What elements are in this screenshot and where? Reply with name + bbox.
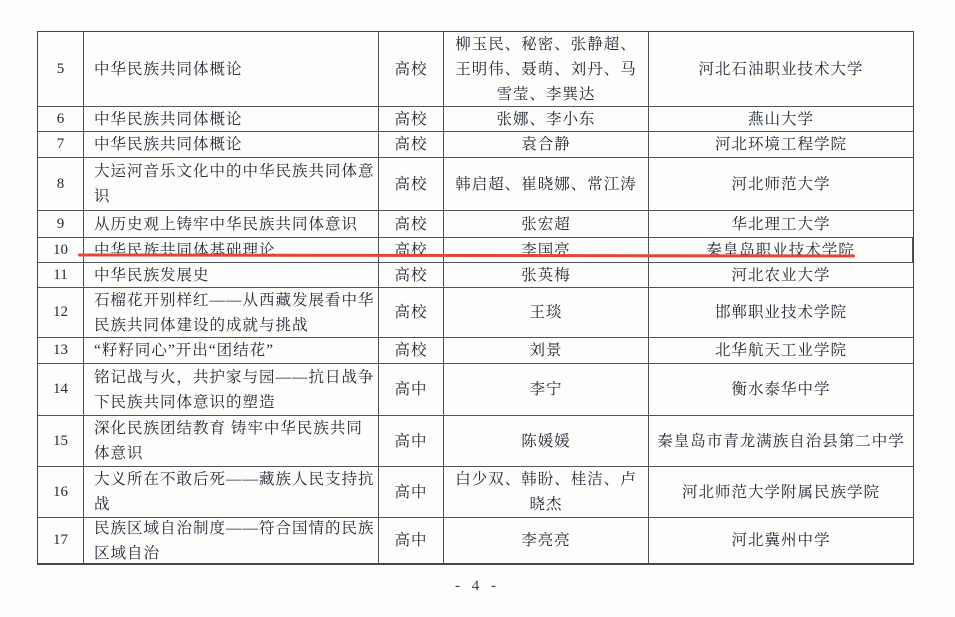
title-cell: 铭记战与火，共护家与园——抗日战争下民族共同体意识的塑造 bbox=[84, 364, 379, 415]
row-number-cell: 16 bbox=[38, 467, 84, 517]
table-row: 10 中华民族共同体基础理论 高校 李国亮 秦皇岛职业技术学院 bbox=[38, 238, 913, 263]
authors-text: 韩启超、崔晓娜、常江涛 bbox=[455, 172, 637, 197]
authors-cell: 刘景 bbox=[444, 338, 649, 363]
institution-cell: 燕山大学 bbox=[649, 107, 913, 131]
institution-cell: 河北石油职业技术大学 bbox=[649, 32, 913, 106]
table-row: 17 民族区域自治制度——符合国情的民族区域自治 高中 李亮亮 河北冀州中学 bbox=[38, 518, 913, 563]
institution-text: 河北师范大学附属民族学院 bbox=[682, 480, 880, 505]
institution-text: 河北环境工程学院 bbox=[715, 132, 847, 157]
title-text: 中华民族共同体概论 bbox=[94, 57, 243, 82]
row-number-cell: 14 bbox=[38, 364, 84, 415]
title-text: 中华民族共同体基础理论 bbox=[94, 238, 276, 262]
institution-cell: 河北环境工程学院 bbox=[649, 132, 913, 157]
institution-cell: 河北冀州中学 bbox=[649, 518, 913, 563]
authors-cell: 李亮亮 bbox=[444, 518, 649, 563]
title-text: 深化民族团结教育 铸牢中华民族共同体意识 bbox=[94, 416, 376, 466]
row-number-cell: 11 bbox=[38, 263, 84, 287]
institution-cell: 秦皇岛职业技术学院 bbox=[649, 238, 913, 262]
authors-text: 李宁 bbox=[529, 377, 562, 402]
row-number-cell: 5 bbox=[38, 32, 84, 106]
title-cell: 中华民族共同体基础理论 bbox=[84, 238, 379, 262]
title-cell: 石榴花开别样红——从西藏发展看中华民族共同体建设的成就与挑战 bbox=[84, 288, 379, 337]
authors-cell: 李宁 bbox=[444, 364, 649, 415]
category-cell: 高校 bbox=[379, 132, 444, 157]
row-number-cell: 9 bbox=[38, 211, 84, 237]
category-cell: 高校 bbox=[379, 288, 444, 337]
institution-text: 秦皇岛职业技术学院 bbox=[706, 238, 855, 262]
title-text: 大运河音乐文化中的中华民族共同体意识 bbox=[94, 159, 376, 209]
category-cell: 高校 bbox=[379, 338, 444, 363]
category-cell: 高中 bbox=[379, 364, 444, 415]
institution-text: 河北冀州中学 bbox=[731, 528, 830, 553]
row-number-cell: 10 bbox=[38, 238, 84, 262]
authors-text: 王琰 bbox=[529, 300, 562, 325]
institution-cell: 北华航天工业学院 bbox=[649, 338, 913, 363]
title-text: 石榴花开别样红——从西藏发展看中华民族共同体建设的成就与挑战 bbox=[94, 288, 376, 337]
authors-cell: 张英梅 bbox=[444, 263, 649, 287]
document-page: 5 中华民族共同体概论 高校 柳玉民、秘密、张静超、王明伟、聂萌、刘丹、马雪莹、… bbox=[0, 0, 955, 617]
institution-text: 秦皇岛市青龙满族自治县第二中学 bbox=[657, 429, 905, 454]
institution-text: 河北农业大学 bbox=[731, 263, 830, 287]
title-text: 中华民族共同体概论 bbox=[94, 107, 243, 131]
title-cell: 中华民族共同体概论 bbox=[84, 107, 379, 131]
institution-cell: 秦皇岛市青龙满族自治县第二中学 bbox=[649, 416, 913, 466]
table-row: 7 中华民族共同体概论 高校 袁合静 河北环境工程学院 bbox=[38, 132, 913, 158]
table-row: 6 中华民族共同体概论 高校 张娜、李小东 燕山大学 bbox=[38, 107, 913, 132]
title-text: 中华民族共同体概论 bbox=[94, 132, 243, 157]
authors-cell: 王琰 bbox=[444, 288, 649, 337]
title-cell: 大运河音乐文化中的中华民族共同体意识 bbox=[84, 158, 379, 210]
table-row: 8 大运河音乐文化中的中华民族共同体意识 高校 韩启超、崔晓娜、常江涛 河北师范… bbox=[38, 158, 913, 211]
category-cell: 高校 bbox=[379, 263, 444, 287]
table-row: 5 中华民族共同体概论 高校 柳玉民、秘密、张静超、王明伟、聂萌、刘丹、马雪莹、… bbox=[38, 32, 913, 107]
title-cell: 从历史观上铸牢中华民族共同体意识 bbox=[84, 211, 379, 237]
authors-text: 白少双、韩盼、桂洁、卢晓杰 bbox=[450, 467, 642, 517]
institution-text: 华北理工大学 bbox=[731, 212, 830, 237]
title-text: “籽籽同心”开出“团结花” bbox=[94, 338, 274, 363]
table-row: 16 大义所在不敢后死——藏族人民支持抗战 高中 白少双、韩盼、桂洁、卢晓杰 河… bbox=[38, 467, 913, 518]
row-number-cell: 15 bbox=[38, 416, 84, 466]
institution-cell: 邯郸职业技术学院 bbox=[649, 288, 913, 337]
row-number-cell: 6 bbox=[38, 107, 84, 131]
authors-cell: 袁合静 bbox=[444, 132, 649, 157]
row-number-cell: 7 bbox=[38, 132, 84, 157]
category-cell: 高校 bbox=[379, 107, 444, 131]
institution-text: 河北师范大学 bbox=[731, 172, 830, 197]
title-cell: 中华民族发展史 bbox=[84, 263, 379, 287]
table-row: 13 “籽籽同心”开出“团结花” 高校 刘景 北华航天工业学院 bbox=[38, 338, 913, 364]
title-text: 从历史观上铸牢中华民族共同体意识 bbox=[94, 212, 358, 237]
authors-text: 张娜、李小东 bbox=[496, 107, 595, 131]
authors-text: 李国亮 bbox=[521, 238, 571, 262]
title-text: 铭记战与火，共护家与园——抗日战争下民族共同体意识的塑造 bbox=[94, 365, 376, 415]
institution-text: 河北石油职业技术大学 bbox=[698, 57, 863, 82]
authors-cell: 柳玉民、秘密、张静超、王明伟、聂萌、刘丹、马雪莹、李巽达 bbox=[444, 32, 649, 106]
page-number: - 4 - bbox=[0, 578, 955, 595]
category-cell: 高校 bbox=[379, 32, 444, 106]
authors-text: 刘景 bbox=[529, 338, 562, 363]
institution-cell: 河北师范大学附属民族学院 bbox=[649, 467, 913, 517]
row-number-cell: 13 bbox=[38, 338, 84, 363]
institution-text: 北华航天工业学院 bbox=[715, 338, 847, 363]
title-cell: 大义所在不敢后死——藏族人民支持抗战 bbox=[84, 467, 379, 517]
category-cell: 高中 bbox=[379, 416, 444, 466]
title-cell: 深化民族团结教育 铸牢中华民族共同体意识 bbox=[84, 416, 379, 466]
authors-cell: 张娜、李小东 bbox=[444, 107, 649, 131]
row-number-cell: 8 bbox=[38, 158, 84, 210]
authors-text: 张宏超 bbox=[521, 212, 571, 237]
authors-text: 张英梅 bbox=[521, 263, 571, 287]
table-row: 9 从历史观上铸牢中华民族共同体意识 高校 张宏超 华北理工大学 bbox=[38, 211, 913, 238]
institution-cell: 河北师范大学 bbox=[649, 158, 913, 210]
institution-cell: 河北农业大学 bbox=[649, 263, 913, 287]
institution-cell: 衡水泰华中学 bbox=[649, 364, 913, 415]
table-row: 12 石榴花开别样红——从西藏发展看中华民族共同体建设的成就与挑战 高校 王琰 … bbox=[38, 288, 913, 338]
authors-text: 陈媛媛 bbox=[521, 429, 571, 454]
category-cell: 高中 bbox=[379, 467, 444, 517]
authors-cell: 李国亮 bbox=[444, 238, 649, 262]
institution-text: 衡水泰华中学 bbox=[731, 377, 830, 402]
category-cell: 高校 bbox=[379, 158, 444, 210]
institution-text: 邯郸职业技术学院 bbox=[715, 300, 847, 325]
row-number-cell: 17 bbox=[38, 518, 84, 563]
category-cell: 高校 bbox=[379, 238, 444, 262]
institution-text: 燕山大学 bbox=[748, 107, 814, 131]
authors-cell: 韩启超、崔晓娜、常江涛 bbox=[444, 158, 649, 210]
authors-text: 李亮亮 bbox=[521, 528, 571, 553]
table-row: 11 中华民族发展史 高校 张英梅 河北农业大学 bbox=[38, 263, 913, 288]
authors-cell: 张宏超 bbox=[444, 211, 649, 237]
title-cell: “籽籽同心”开出“团结花” bbox=[84, 338, 379, 363]
authors-text: 袁合静 bbox=[521, 132, 571, 157]
row-number-cell: 12 bbox=[38, 288, 84, 337]
title-text: 大义所在不敢后死——藏族人民支持抗战 bbox=[94, 467, 376, 517]
title-text: 中华民族发展史 bbox=[94, 263, 210, 287]
table-row: 14 铭记战与火，共护家与园——抗日战争下民族共同体意识的塑造 高中 李宁 衡水… bbox=[38, 364, 913, 416]
institution-cell: 华北理工大学 bbox=[649, 211, 913, 237]
category-cell: 高校 bbox=[379, 211, 444, 237]
title-cell: 民族区域自治制度——符合国情的民族区域自治 bbox=[84, 518, 379, 563]
title-cell: 中华民族共同体概论 bbox=[84, 32, 379, 106]
results-table: 5 中华民族共同体概论 高校 柳玉民、秘密、张静超、王明伟、聂萌、刘丹、马雪莹、… bbox=[37, 31, 914, 565]
authors-cell: 陈媛媛 bbox=[444, 416, 649, 466]
category-cell: 高中 bbox=[379, 518, 444, 563]
title-cell: 中华民族共同体概论 bbox=[84, 132, 379, 157]
authors-text: 柳玉民、秘密、张静超、王明伟、聂萌、刘丹、马雪莹、李巽达 bbox=[450, 32, 642, 106]
table-row: 15 深化民族团结教育 铸牢中华民族共同体意识 高中 陈媛媛 秦皇岛市青龙满族自… bbox=[38, 416, 913, 467]
title-text: 民族区域自治制度——符合国情的民族区域自治 bbox=[94, 518, 376, 563]
authors-cell: 白少双、韩盼、桂洁、卢晓杰 bbox=[444, 467, 649, 517]
